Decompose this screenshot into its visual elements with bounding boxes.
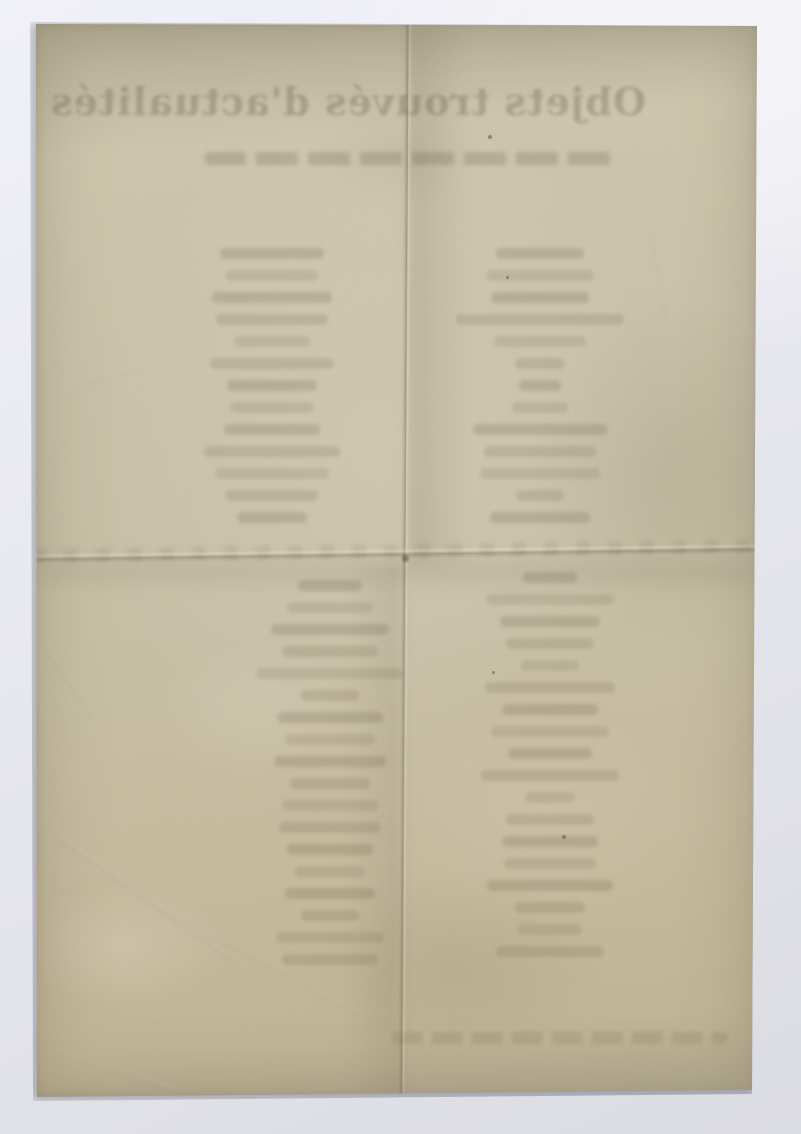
paper-grain-texture xyxy=(36,24,757,1097)
photo-background: Objets trouvés d'actualités xyxy=(0,0,801,1134)
paper-sheet: Objets trouvés d'actualités xyxy=(36,24,757,1097)
